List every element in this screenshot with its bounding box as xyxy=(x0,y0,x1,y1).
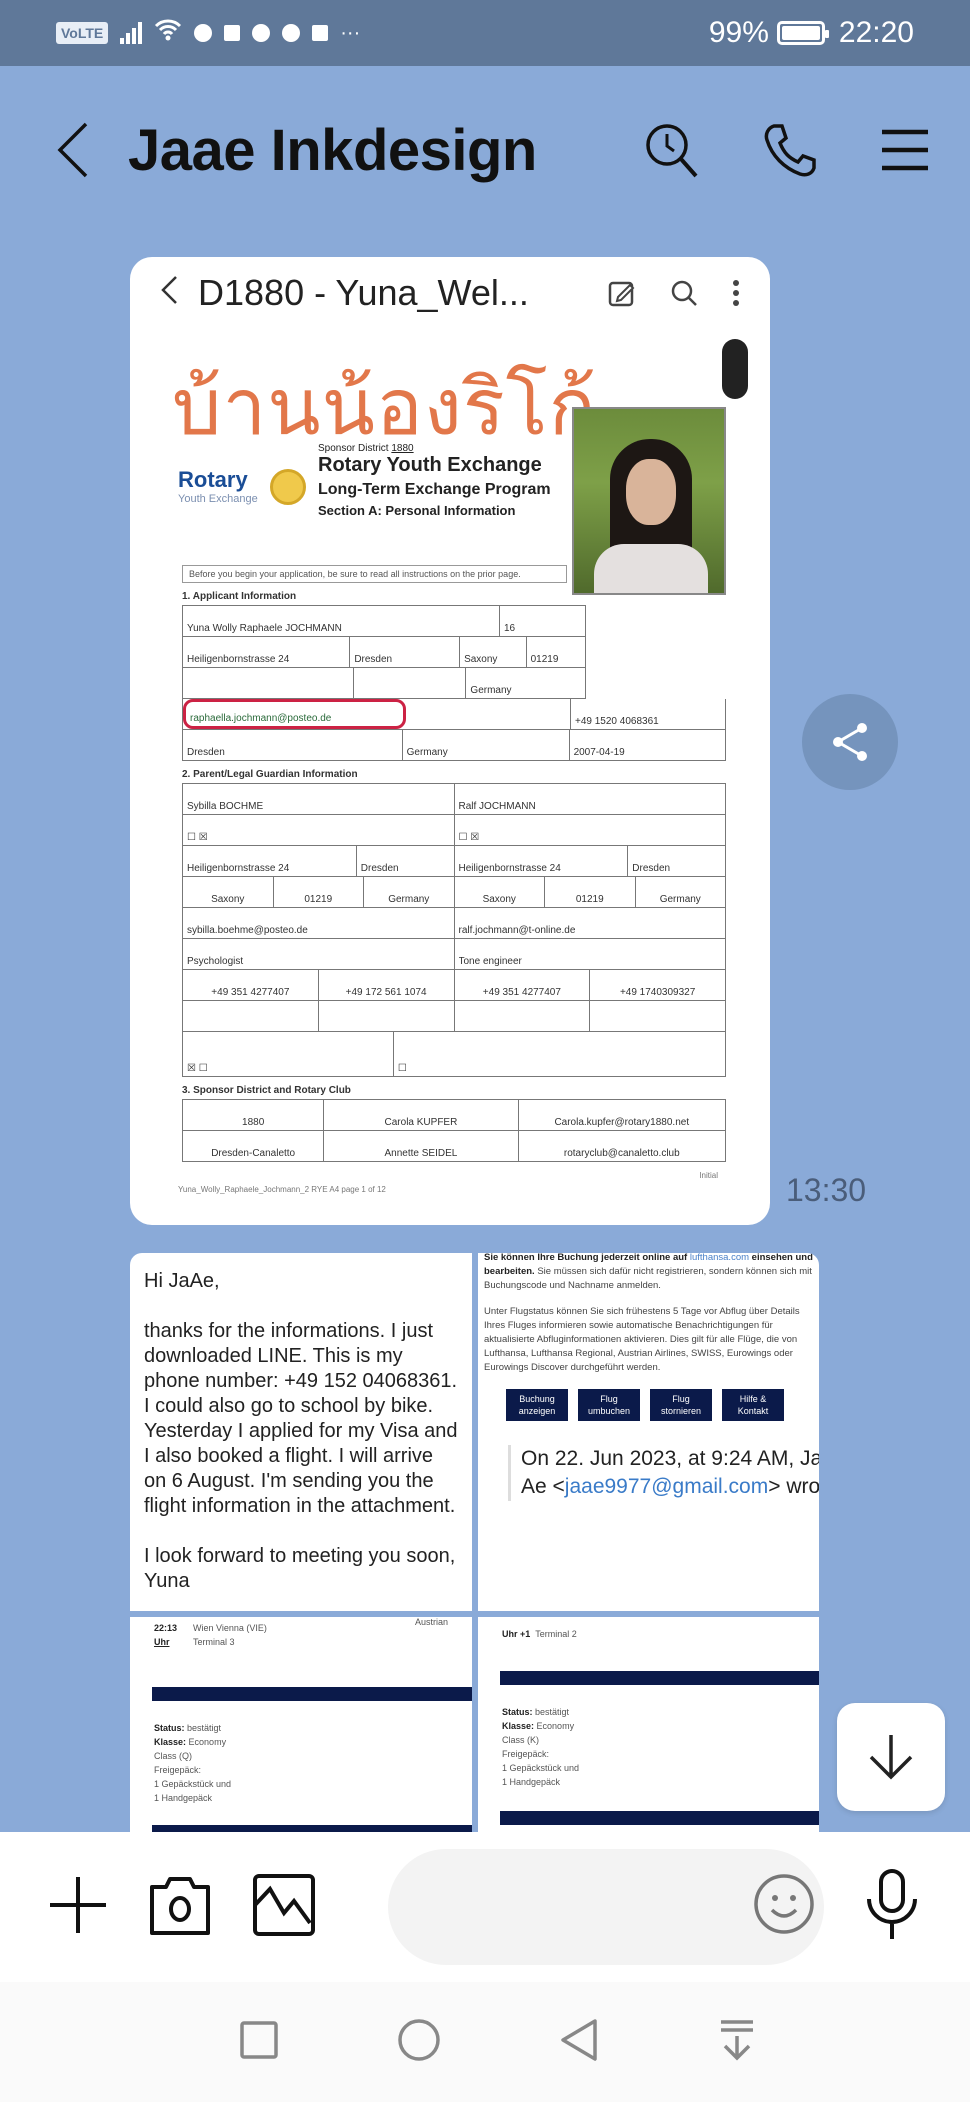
system-navigation-bar xyxy=(0,1982,970,2102)
menu-icon xyxy=(880,128,930,172)
wifi-icon xyxy=(154,18,182,48)
booking-view-button: Buchunganzeigen xyxy=(506,1389,568,1421)
rotary-logo: Rotary Youth Exchange xyxy=(178,467,258,505)
arrow-down-icon xyxy=(865,1731,917,1783)
emoji-button[interactable] xyxy=(753,1873,815,1942)
emoji-icon xyxy=(753,1873,815,1935)
camera-button[interactable] xyxy=(148,1873,212,1942)
help-contact-button: Hilfe &Kontakt xyxy=(722,1389,784,1421)
chat-title: Jaae Inkdesign xyxy=(128,117,537,184)
flight-info-tile-right[interactable]: Uhr +1 Terminal 2 Status: bestätigt Klas… xyxy=(478,1617,819,1832)
message-input[interactable] xyxy=(388,1849,824,1965)
phone-icon xyxy=(762,122,818,178)
message-input-bar xyxy=(0,1832,970,1982)
notification-pull-button[interactable] xyxy=(717,2018,757,2067)
message-text-field[interactable] xyxy=(418,1892,753,1923)
back-chevron-icon xyxy=(56,122,90,178)
image-icon xyxy=(252,1873,316,1937)
rebook-flight-button: Flugumbuchen xyxy=(578,1389,640,1421)
more-notifications-icon: ··· xyxy=(340,22,360,45)
message-timestamp: 13:30 xyxy=(786,1172,866,1209)
chrome-icon xyxy=(282,24,300,42)
microphone-icon xyxy=(864,1869,920,1941)
home-button[interactable] xyxy=(397,2018,441,2067)
notification-bell-icon xyxy=(252,24,270,42)
lufthansa-screenshot-tile[interactable]: Sie können Ihre Buchung jederzeit online… xyxy=(478,1253,819,1611)
share-button[interactable] xyxy=(802,694,898,790)
page-footer: Yuna_Wolly_Raphaele_Jochmann_2 RYE A4 pa… xyxy=(178,1185,386,1194)
viewer-scroll-handle xyxy=(722,339,748,399)
add-button[interactable] xyxy=(48,1875,108,1940)
scroll-to-bottom-button[interactable] xyxy=(837,1703,945,1811)
status-bar: VoLTE ··· 99% 22:20 xyxy=(0,0,970,66)
highlighted-email: raphaella.jochmann@posteo.de xyxy=(183,699,406,729)
call-button[interactable] xyxy=(762,122,818,178)
clock: 22:20 xyxy=(839,16,914,50)
rotary-wheel-icon xyxy=(270,469,306,505)
application-form: Before you begin your application, be su… xyxy=(182,557,726,1162)
more-vertical-icon xyxy=(732,279,740,307)
chat-header: Jaae Inkdesign xyxy=(0,66,970,234)
form-heading: Sponsor District 1880 Rotary Youth Excha… xyxy=(318,443,551,518)
search-history-icon xyxy=(644,122,700,178)
gallery-button[interactable] xyxy=(252,1873,316,1942)
notification-bell-icon xyxy=(194,24,212,42)
plus-icon xyxy=(48,1875,108,1935)
pdf-viewer-toolbar: D1880 - Yuna_Wel... xyxy=(130,257,770,329)
voice-message-button[interactable] xyxy=(864,1869,920,1946)
camera-icon xyxy=(148,1873,212,1937)
home-circle-icon xyxy=(397,2018,441,2062)
viewer-back-icon xyxy=(160,272,178,314)
message-alert-icon xyxy=(312,25,328,41)
recents-button[interactable] xyxy=(239,2020,279,2065)
search-history-button[interactable] xyxy=(644,122,700,178)
back-button[interactable] xyxy=(56,120,96,180)
quoted-reply: On 22. Jun 2023, at 9:24 AM, JaaE Ae <ja… xyxy=(508,1445,813,1501)
signal-icon xyxy=(120,22,142,44)
viewer-title: D1880 - Yuna_Wel... xyxy=(198,272,529,314)
message-alert-icon xyxy=(224,25,240,41)
edit-icon xyxy=(608,279,636,307)
notification-pull-icon xyxy=(717,2018,757,2062)
email-screenshot-tile[interactable]: Hi JaAe, thanks for the informations. I … xyxy=(130,1253,472,1611)
recents-square-icon xyxy=(239,2020,279,2060)
nav-back-button[interactable] xyxy=(559,2018,599,2067)
share-icon xyxy=(828,720,872,764)
battery-icon xyxy=(777,21,825,45)
flight-info-tile-left[interactable]: 22:13Uhr Wien Vienna (VIE)Terminal 3 Aus… xyxy=(130,1617,472,1832)
cancel-flight-button: Flugstornieren xyxy=(650,1389,712,1421)
search-icon xyxy=(670,279,698,307)
menu-button[interactable] xyxy=(880,128,930,172)
volte-icon: VoLTE xyxy=(56,22,108,44)
document-image-message[interactable]: D1880 - Yuna_Wel... บ้านน้องริโก้ Rotary… xyxy=(130,257,770,1225)
page-marker: Initial xyxy=(699,1171,718,1180)
back-triangle-icon xyxy=(559,2018,599,2062)
battery-percent: 99% xyxy=(709,16,769,50)
